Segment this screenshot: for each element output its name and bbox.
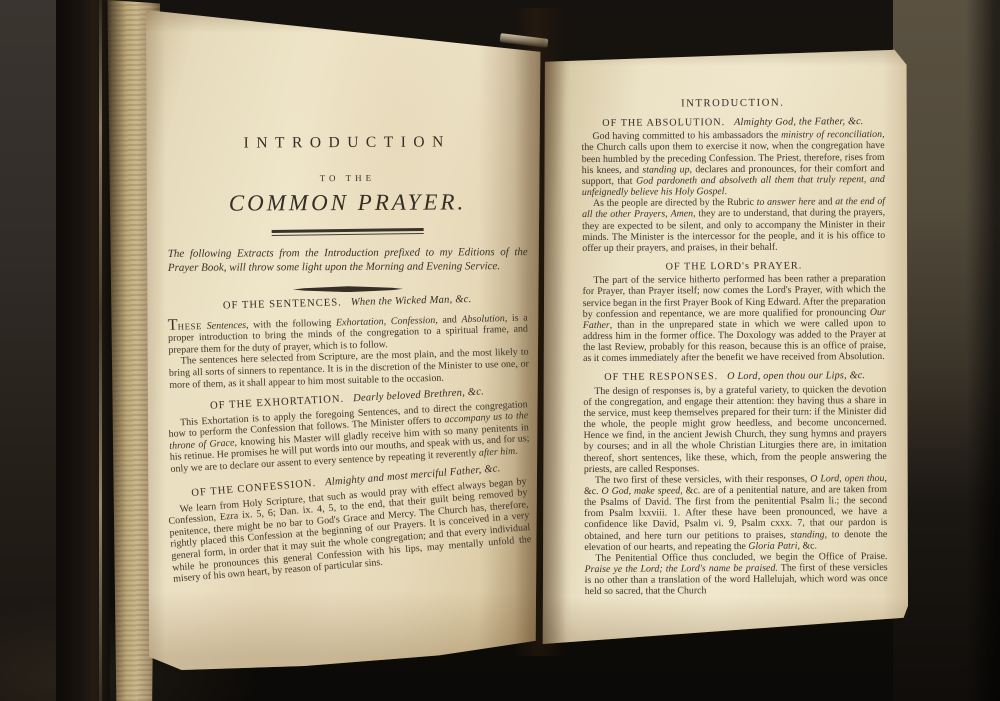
running-head: INTRODUCTION. (581, 97, 884, 110)
paragraph: The two first of these versicles, with t… (584, 473, 888, 553)
section-of-the-responses: OF THE RESPONSES.O Lord, open thou our L… (583, 370, 888, 597)
page-title-line2: TO THE (167, 172, 527, 184)
heading-label: OF THE LORD's PRAYER. (666, 261, 803, 273)
fleuron-divider (293, 286, 403, 293)
section-of-the-exhortation: OF THE EXHORTATION.Dearly beloved Brethr… (167, 384, 530, 475)
section-of-the-confession: OF THE CONFESSION.Almighty and most merc… (166, 461, 533, 585)
right-page: INTRODUCTION. OF THE ABSOLUTION.Almighty… (542, 48, 908, 644)
paragraph: The part of the service hitherto perform… (582, 273, 886, 364)
section-heading: OF THE RESPONSES.O Lord, open thou our L… (583, 370, 886, 383)
heading-label: OF THE RESPONSES. (604, 372, 718, 384)
heading-incipit: When the Wicked Man, &c. (351, 294, 472, 308)
left-page: INTRODUCTION TO THE COMMON PRAYER. The f… (146, 6, 542, 670)
page-title-line3: COMMON PRAYER. (167, 189, 527, 217)
section-of-the-absolution: OF THE ABSOLUTION.Almighty God, the Fath… (581, 116, 885, 254)
background-right-panel (893, 0, 1000, 701)
page-title-line1: INTRODUCTION (167, 133, 527, 153)
heading-incipit: Almighty God, the Father, &c. (734, 116, 864, 128)
book-headband (500, 33, 549, 48)
paragraph: The design of responses is, by a gratefu… (583, 384, 887, 475)
section-of-the-sentences: OF THE SENTENCES.When the Wicked Man, &c… (167, 293, 529, 392)
double-rule-divider (272, 228, 424, 236)
section-of-the-lords-prayer: OF THE LORD's PRAYER. The part of the se… (582, 260, 886, 365)
heading-label: OF THE ABSOLUTION. (602, 117, 725, 129)
section-heading: OF THE LORD's PRAYER. (582, 260, 885, 273)
left-page-content: INTRODUCTION TO THE COMMON PRAYER. The f… (167, 5, 530, 578)
book-cover-board (56, 0, 110, 701)
paragraph: As the people are directed by the Rubric… (582, 196, 885, 254)
photo-stage: INTRODUCTION TO THE COMMON PRAYER. The f… (0, 0, 1000, 701)
rule-thick-bar (272, 228, 424, 233)
heading-incipit: O Lord, open thou our Lips, &c. (727, 371, 865, 383)
section-heading: OF THE ABSOLUTION.Almighty God, the Fath… (581, 116, 884, 129)
heading-label: OF THE SENTENCES. (223, 298, 342, 312)
paragraph: God having committed to his ambassadors … (581, 129, 884, 198)
right-page-content: INTRODUCTION. OF THE ABSOLUTION.Almighty… (581, 97, 887, 598)
paragraph: The Penitential Office thus concluded, w… (584, 551, 887, 598)
editor-note: The following Extracts from the Introduc… (168, 245, 528, 275)
rule-thin-bar (272, 233, 424, 236)
